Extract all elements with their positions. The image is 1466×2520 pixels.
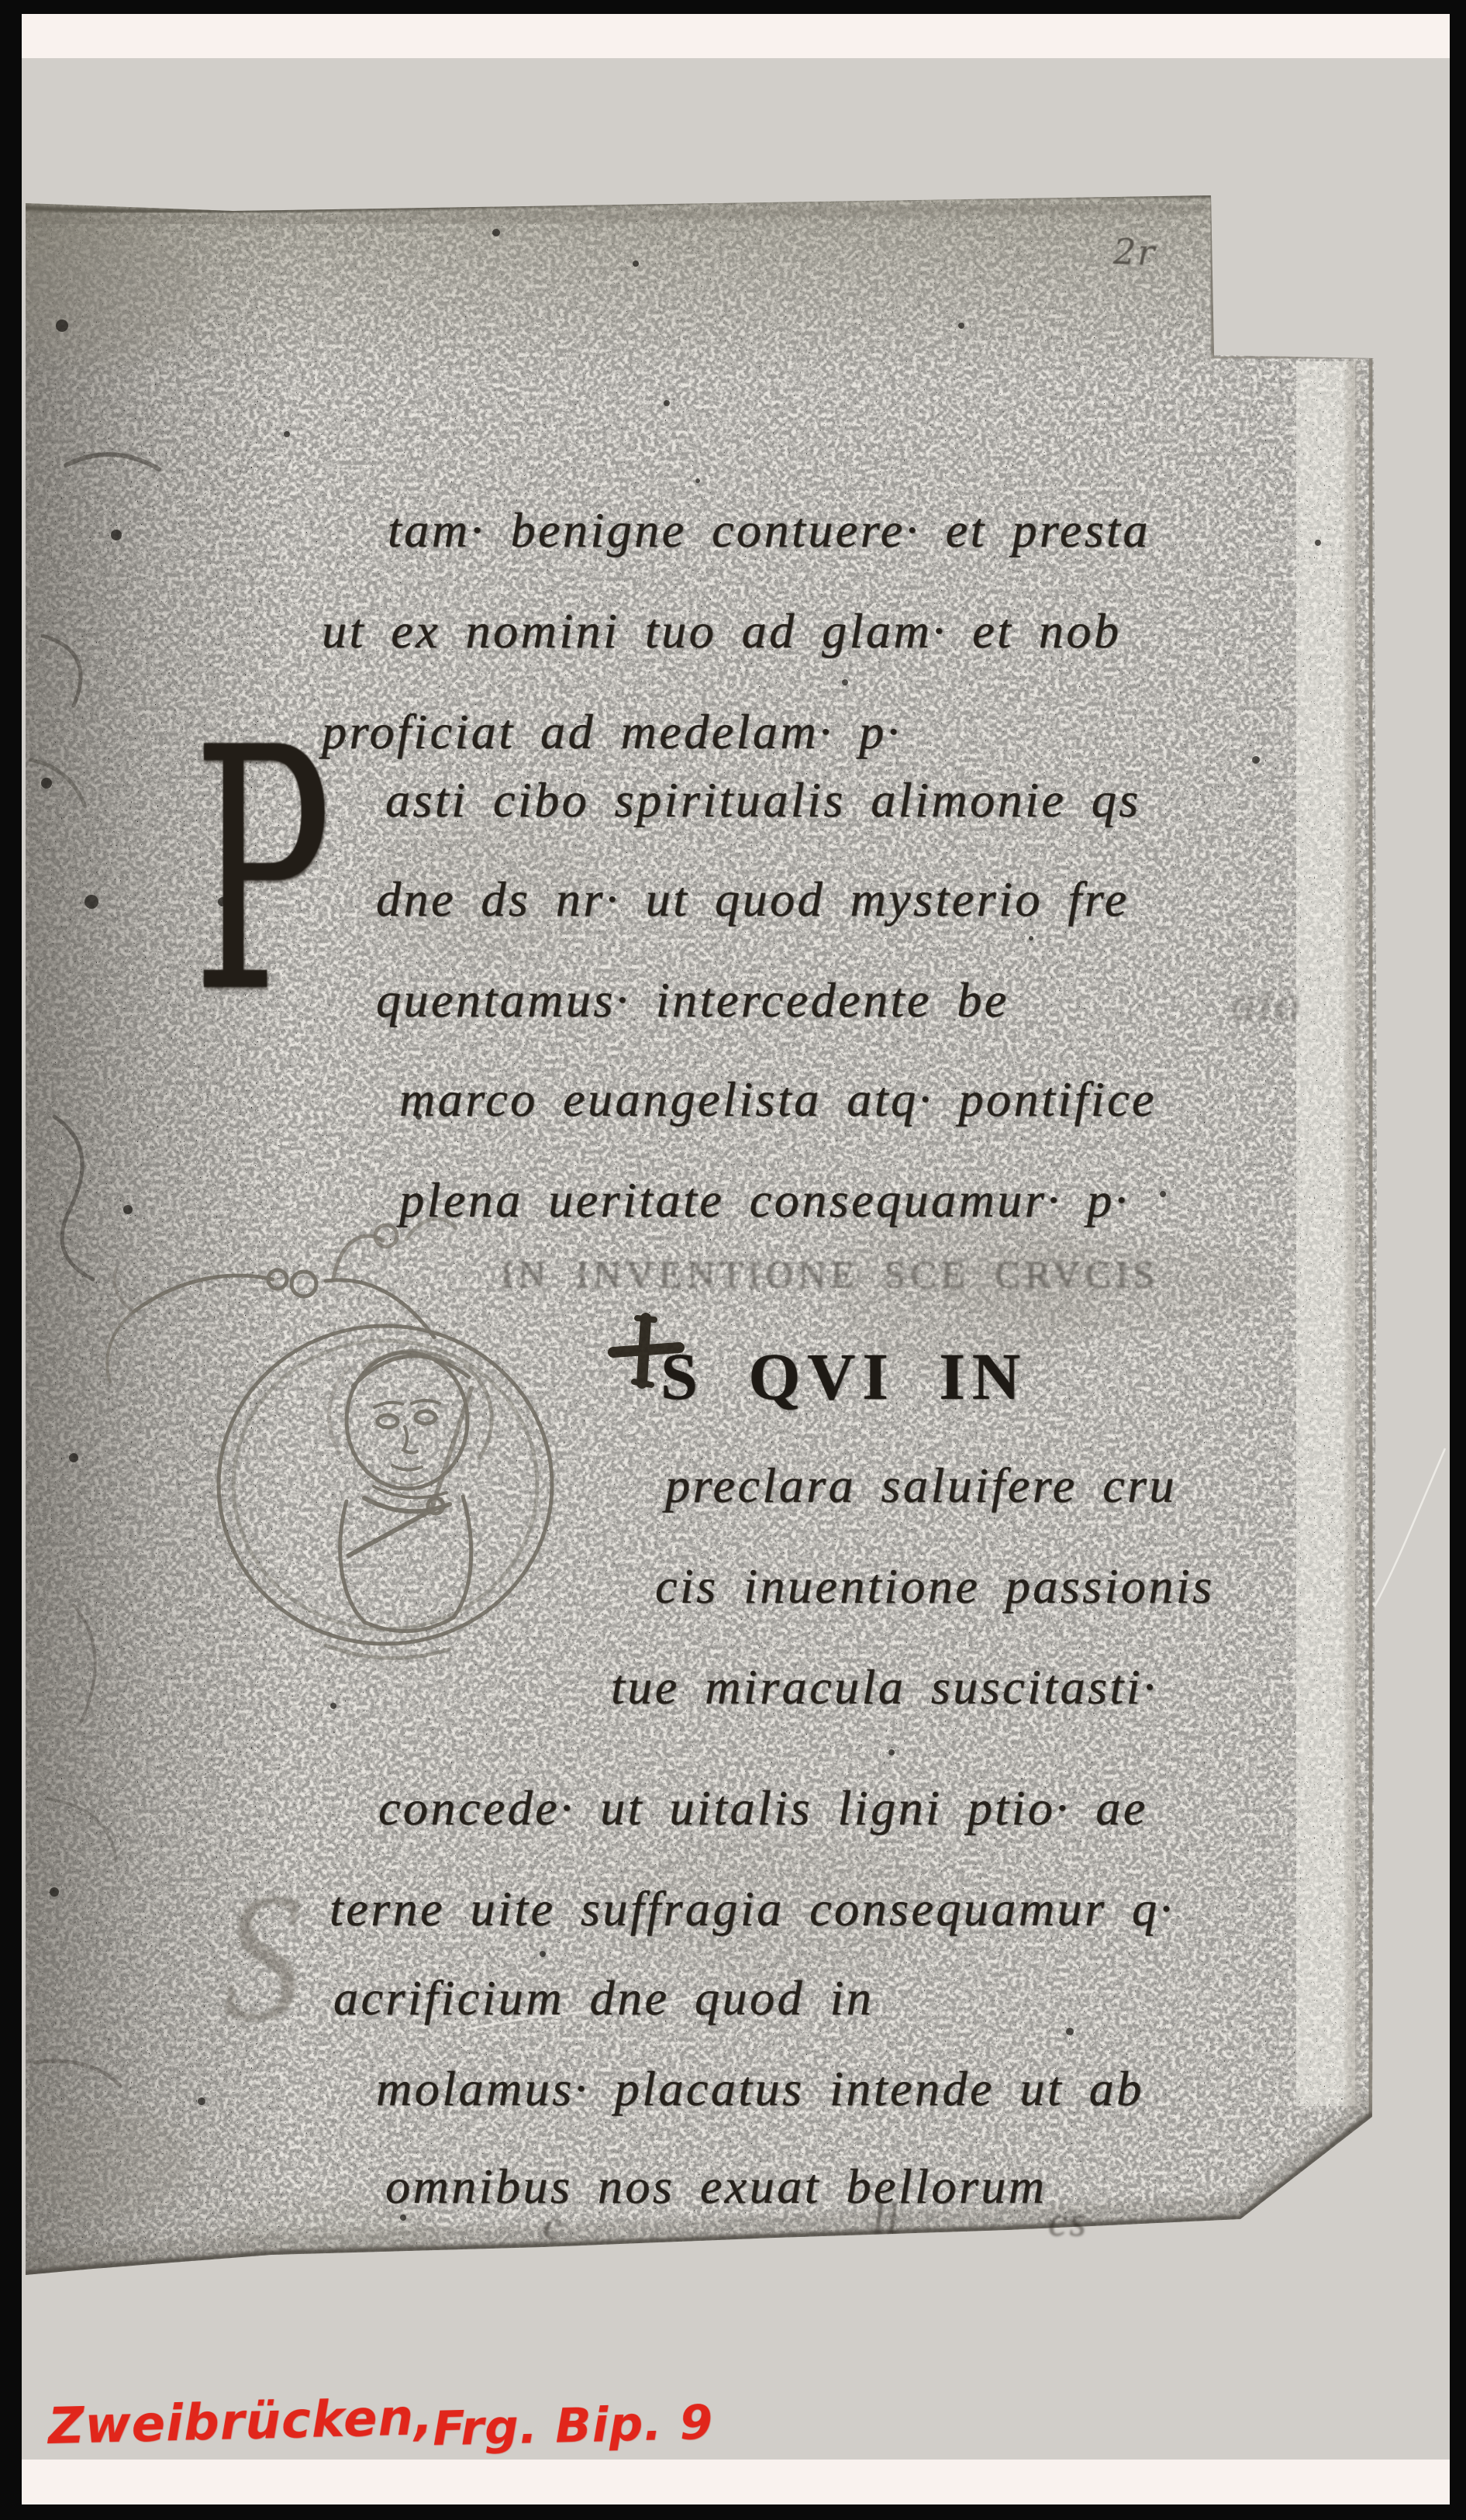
annotation-shelfmark: Frg. Bip. 9 (432, 2399, 713, 2453)
manuscript-line: proficiat ad medelam· p· (322, 707, 902, 757)
manuscript-line: tam· benigne contuere· et presta (388, 506, 1150, 555)
manuscript-line: tue miracula suscitasti· (611, 1662, 1158, 1712)
manuscript-line: dne ds nr· ut quod mysterio fre (376, 875, 1130, 924)
torn-edge-trace: cs (1048, 2201, 1088, 2242)
manuscript-line: preclara saluifere cru (665, 1461, 1177, 1510)
manuscript-line: concede· ut uitalis ligni ptio· ae (378, 1783, 1148, 1833)
torn-edge-trace: ll (872, 2197, 901, 2239)
torn-edge-trace: c (543, 2204, 564, 2246)
manuscript-line: cis inuentione passionis (655, 1562, 1215, 1611)
incipit: S QVI IN (661, 1343, 1027, 1410)
manuscript-line: marco euangelista atq· pontifice (399, 1075, 1157, 1124)
manuscript-line: asti cibo spiritualis alimonie qs (385, 775, 1141, 825)
faded-line-ending: ato (1231, 979, 1302, 1028)
text-layer: 2r tam· benigne contuere· et presta ut e… (0, 0, 1466, 2520)
initial-p: P (192, 704, 332, 1039)
manuscript-line: ut ex nomini tuo ad glam· et nob (322, 606, 1121, 656)
manuscript-line: molamus· placatus intende ut ab (376, 2064, 1144, 2114)
manuscript-line: quentamus· intercedente be (376, 975, 1009, 1025)
manuscript-line: terne uite suffragia consequamur q· (329, 1884, 1175, 1934)
initial-s: S (223, 1866, 302, 2050)
manuscript-line: plena ueritate consequamur· p· (399, 1175, 1130, 1225)
rubric: IN INVENTIONE SCE CRVCIS (500, 1255, 1159, 1293)
manuscript-line: acrificium dne quod in (333, 1973, 874, 2023)
folio-number: 2r (1112, 233, 1157, 271)
manuscript-line: omnibus nos exuat bellorum (385, 2162, 1047, 2211)
annotation-place: Zweibrücken, (47, 2393, 434, 2452)
